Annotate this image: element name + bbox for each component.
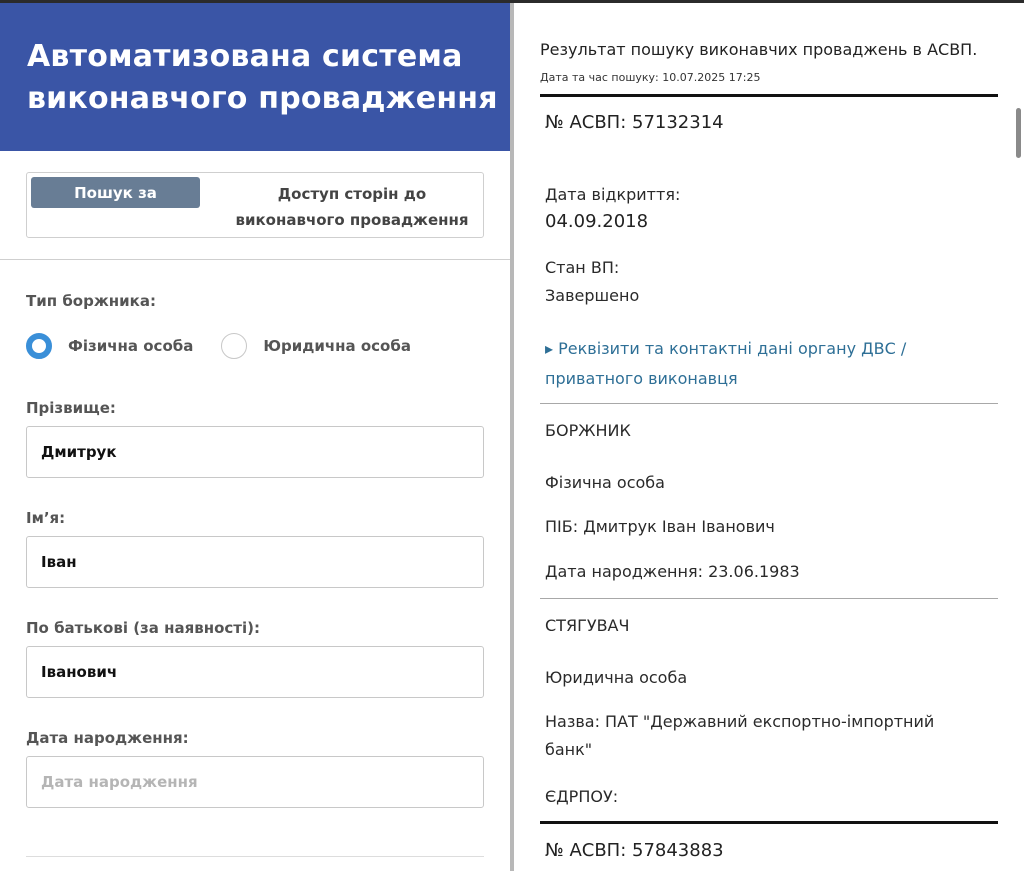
- page-title: Автоматизована система виконавчого прова…: [27, 36, 498, 120]
- first-name-input[interactable]: [26, 536, 484, 588]
- results-title: Результат пошуку виконавчих проваджень в…: [540, 37, 980, 91]
- radio-individual[interactable]: [26, 333, 52, 359]
- creditor-name: Назва: ПАТ "Державний експортно-імпортни…: [545, 708, 955, 764]
- search-tabs: Пошук за Доступ сторін до виконавчого пр…: [26, 172, 484, 238]
- search-datetime: Дата та час пошуку: 10.07.2025 17:25: [540, 71, 760, 84]
- enforcement-body-details-link[interactable]: ▸ Реквізити та контактні дані органу ДВС…: [545, 334, 945, 394]
- debtor-type-radio-group: Фізична особа Юридична особа: [26, 333, 411, 359]
- tab-search-by[interactable]: Пошук за: [31, 177, 200, 208]
- asvp-number: № АСВП: 57132314: [545, 109, 724, 137]
- surname-label: Прізвище:: [26, 399, 116, 417]
- open-date-label: Дата відкриття:: [545, 181, 680, 209]
- tab-party-access[interactable]: Доступ сторін до виконавчого провадження: [225, 181, 479, 233]
- birth-date-label: Дата народження:: [26, 729, 189, 747]
- creditor-type: Юридична особа: [545, 664, 687, 692]
- debtor-type-label: Тип боржника:: [26, 292, 156, 310]
- section-divider: [540, 403, 998, 404]
- results-scrollbar[interactable]: [1016, 108, 1021, 158]
- creditor-edrpou: ЄДРПОУ:: [545, 783, 618, 811]
- patronymic-label: По батькові (за наявності):: [26, 619, 260, 637]
- debtor-heading: БОРЖНИК: [545, 417, 631, 445]
- form-bottom-divider: [26, 856, 484, 857]
- debtor-birth-date: Дата народження: 23.06.1983: [545, 558, 800, 586]
- first-name-label: Ім’я:: [26, 509, 65, 527]
- debtor-type: Фізична особа: [545, 469, 665, 497]
- debtor-name: ПІБ: Дмитрук Іван Іванович: [545, 513, 775, 541]
- section-divider: [0, 259, 510, 260]
- record-separator: [540, 94, 998, 97]
- record-separator: [540, 821, 998, 824]
- surname-input[interactable]: [26, 426, 484, 478]
- radio-individual-label[interactable]: Фізична особа: [68, 337, 193, 355]
- section-divider: [540, 598, 998, 599]
- radio-legal-entity[interactable]: [221, 333, 247, 359]
- patronymic-input[interactable]: [26, 646, 484, 698]
- open-date-value: 04.09.2018: [545, 208, 648, 236]
- header-banner: Автоматизована система виконавчого прова…: [0, 3, 510, 151]
- creditor-heading: СТЯГУВАЧ: [545, 612, 629, 640]
- results-panel: Результат пошуку виконавчих проваджень в…: [514, 3, 1024, 871]
- birth-date-input[interactable]: [26, 756, 484, 808]
- window-top-bar: [0, 0, 1024, 3]
- radio-legal-entity-label[interactable]: Юридична особа: [263, 337, 411, 355]
- status-label: Стан ВП:: [545, 254, 619, 282]
- search-panel: Автоматизована система виконавчого прова…: [0, 0, 510, 871]
- asvp-number: № АСВП: 57843883: [545, 837, 724, 865]
- status-value: Завершено: [545, 282, 639, 310]
